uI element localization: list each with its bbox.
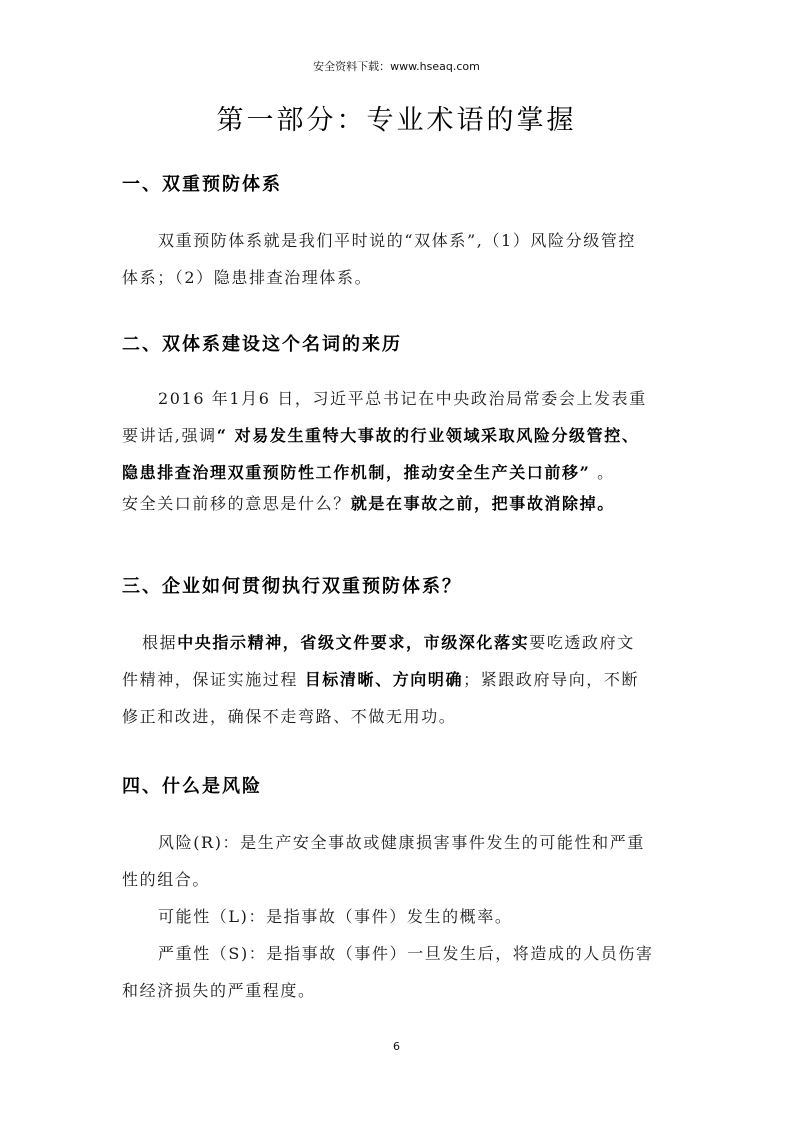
page-header: 安全资料下载：www.hseaq.com	[0, 58, 793, 74]
emphasis-text: 就是在事故之前，把事故消除掉。	[351, 494, 615, 513]
paragraph-line: 风险(R)：是生产安全事故或健康损害事件发生的可能性和严重	[122, 824, 674, 861]
plain-text: 要讲话,强调	[122, 426, 217, 445]
section-heading-1: 一、双重预防体系	[122, 170, 282, 196]
section-heading-4: 四、什么是风险	[122, 772, 262, 798]
section-2-body: 2016 年1月6 日，习近平总书记在中央政治局常委会上发表重 要讲话,强调“ …	[122, 380, 674, 522]
page-title: 第一部分：专业术语的掌握	[0, 98, 793, 137]
emphasis-quote: “ 对易发生重特大事故的行业领域采取风险分级管控、	[217, 426, 640, 445]
paragraph-line: 2016 年1月6 日，习近平总书记在中央政治局常委会上发表重	[122, 380, 674, 417]
paragraph-line: 和经济损失的严重程度。	[122, 972, 674, 1009]
section-heading-2: 二、双体系建设这个名词的来历	[122, 330, 402, 356]
section-heading-3: 三、企业如何贯彻执行双重预防体系？	[122, 572, 462, 598]
plain-text: ；紧跟政府导向，不断	[463, 670, 639, 689]
paragraph-line: 双重预防体系就是我们平时说的“双体系”,（1）风险分级管控	[122, 222, 674, 259]
paragraph-line: 件精神，保证实施过程 目标清晰、方向明确；紧跟政府导向，不断	[122, 661, 674, 698]
paragraph-line: 修正和改进，确保不走弯路、不做无用功。	[122, 698, 674, 735]
paragraph-line: 安全关口前移的意思是什么？就是在事故之前，把事故消除掉。	[122, 485, 674, 522]
section-4-body: 风险(R)：是生产安全事故或健康损害事件发生的可能性和严重 性的组合。 可能性（…	[122, 824, 674, 1009]
plain-text: 根据	[142, 633, 177, 652]
page-number: 6	[0, 1040, 793, 1053]
plain-text: 安全关口前移的意思是什么？	[122, 494, 351, 513]
plain-text: 。	[590, 463, 614, 482]
emphasis-text: 目标清晰、方向明确	[305, 670, 463, 689]
paragraph-line: 根据中央指示精神，省级文件要求，市级深化落实要吃透政府文	[122, 624, 674, 661]
plain-text: 件精神，保证实施过程	[122, 670, 305, 689]
paragraph-line: 严重性（S)：是指事故（事件）一旦发生后，将造成的人员伤害	[122, 935, 674, 972]
paragraph-line: 体系；（2）隐患排查治理体系。	[122, 259, 674, 296]
paragraph-line: 要讲话,强调“ 对易发生重特大事故的行业领域采取风险分级管控、	[122, 417, 674, 454]
emphasis-quote: 隐患排查治理双重预防性工作机制，推动安全生产关口前移”	[122, 463, 590, 482]
section-3-body: 根据中央指示精神，省级文件要求，市级深化落实要吃透政府文 件精神，保证实施过程 …	[122, 624, 674, 735]
paragraph-line: 性的组合。	[122, 861, 674, 898]
paragraph-line: 可能性（L)：是指事故（事件）发生的概率。	[122, 898, 674, 935]
plain-text: 要吃透政府文	[529, 633, 635, 652]
emphasis-text: 中央指示精神，省级文件要求，市级深化落实	[177, 633, 529, 652]
section-1-body: 双重预防体系就是我们平时说的“双体系”,（1）风险分级管控 体系；（2）隐患排查…	[122, 222, 674, 296]
